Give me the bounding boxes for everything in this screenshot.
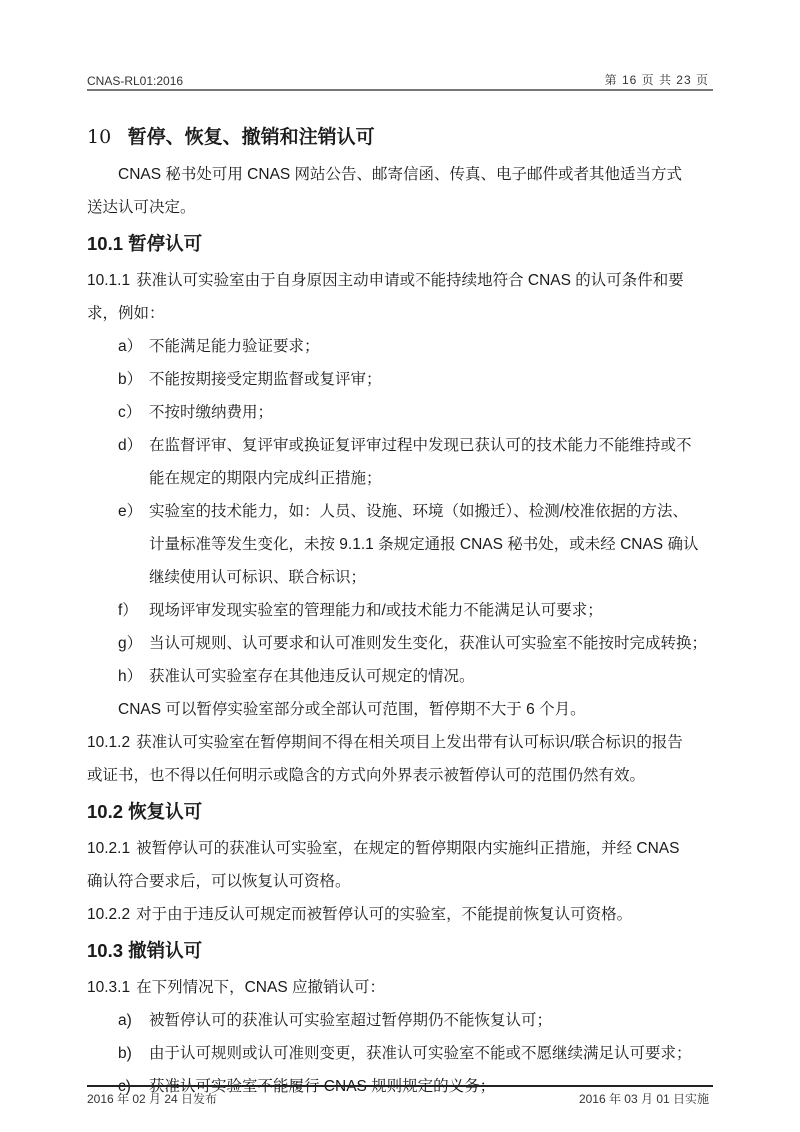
effective-date: 2016 年 03 月 01 日实施 bbox=[579, 1090, 709, 1107]
list-marker: e） bbox=[118, 495, 142, 528]
clause-number: 10.2.2 bbox=[87, 906, 130, 923]
list-item: b） 不能按期接受定期监督或复评审； bbox=[87, 363, 713, 396]
list-item: c） 不按时缴纳费用； bbox=[87, 396, 713, 429]
list-item: a) 被暂停认可的获准认可实验室超过暂停期仍不能恢复认可； bbox=[87, 1004, 713, 1037]
document-body: 10 暂停、恢复、撤销和注销认可 CNAS 秘书处可用 CNAS 网站公告、邮寄… bbox=[87, 118, 713, 1103]
clause-number: 10.1.1 bbox=[87, 272, 130, 289]
document-id: CNAS-RL01:2016 bbox=[87, 74, 183, 88]
subsection-heading-10-1: 10.1 暂停认可 bbox=[87, 224, 713, 264]
list-marker: c） bbox=[118, 396, 141, 429]
list-item: a） 不能满足能力验证要求； bbox=[87, 330, 713, 363]
section-heading-10: 10 暂停、恢复、撤销和注销认可 bbox=[87, 118, 713, 156]
clause-number: 10.3.1 bbox=[87, 979, 130, 996]
list-marker: a） bbox=[118, 330, 142, 363]
document-page: CNAS-RL01:2016 第 16 页 共 23 页 10 暂停、恢复、撤销… bbox=[87, 0, 713, 1132]
clause-10-3-1: 10.3.1在下列情况下，CNAS 应撤销认可： bbox=[87, 971, 713, 1004]
clause-10-2-1: 10.2.1被暂停认可的获准认可实验室，在规定的暂停期限内实施纠正措施，并经 C… bbox=[87, 832, 713, 898]
clause-10-2-2: 10.2.2对于由于违反认可规定而被暂停认可的实验室，不能提前恢复认可资格。 bbox=[87, 898, 713, 931]
page-number: 第 16 页 共 23 页 bbox=[605, 71, 709, 88]
clause-10-1-2: 10.1.2获准认可实验室在暂停期间不得在相关项目上发出带有认可标识/联合标识的… bbox=[87, 726, 713, 792]
list-item: b) 由于认可规则或认可准则变更，获准认可实验室不能或不愿继续满足认可要求； bbox=[87, 1037, 713, 1070]
list-marker: f） bbox=[118, 594, 138, 627]
section-intro: CNAS 秘书处可用 CNAS 网站公告、邮寄信函、传真、电子邮件或者其他适当方… bbox=[87, 158, 713, 224]
list-marker: g） bbox=[118, 627, 142, 660]
list-item: f） 现场评审发现实验室的管理能力和/或技术能力不能满足认可要求； bbox=[87, 594, 713, 627]
list-marker: b) bbox=[118, 1037, 132, 1070]
list-marker: b） bbox=[118, 363, 142, 396]
running-header: CNAS-RL01:2016 第 16 页 共 23 页 bbox=[87, 73, 713, 91]
clause-number: 10.2.1 bbox=[87, 840, 130, 857]
list-item: d） 在监督评审、复评审或换证复评审过程中发现已获认可的技术能力不能维持或不 能… bbox=[87, 429, 713, 495]
list-marker: a) bbox=[118, 1004, 132, 1037]
running-footer: 2016 年 02 月 24 日发布 2016 年 03 月 01 日实施 bbox=[87, 1085, 713, 1107]
subsection-heading-10-2: 10.2 恢复认可 bbox=[87, 792, 713, 832]
list-marker: d） bbox=[118, 429, 142, 462]
issue-date: 2016 年 02 月 24 日发布 bbox=[87, 1090, 217, 1107]
section-number: 10 bbox=[87, 118, 121, 156]
list-item: e） 实验室的技术能力，如：人员、设施、环境（如搬迁）、检测/校准依据的方法、 … bbox=[87, 495, 713, 594]
section-title: 暂停、恢复、撤销和注销认可 bbox=[128, 126, 375, 148]
list-item: g） 当认可规则、认可要求和认可准则发生变化，获准认可实验室不能按时完成转换； bbox=[87, 627, 713, 660]
list-marker: h） bbox=[118, 660, 142, 693]
clause-10-1-1-closing: CNAS 可以暂停实验室部分或全部认可范围，暂停期不大于 6 个月。 bbox=[87, 693, 713, 726]
clause-10-1-1: 10.1.1获准认可实验室由于自身原因主动申请或不能持续地符合 CNAS 的认可… bbox=[87, 264, 713, 330]
clause-number: 10.1.2 bbox=[87, 734, 130, 751]
subsection-heading-10-3: 10.3 撤销认可 bbox=[87, 931, 713, 971]
list-item: h） 获准认可实验室存在其他违反认可规定的情况。 bbox=[87, 660, 713, 693]
